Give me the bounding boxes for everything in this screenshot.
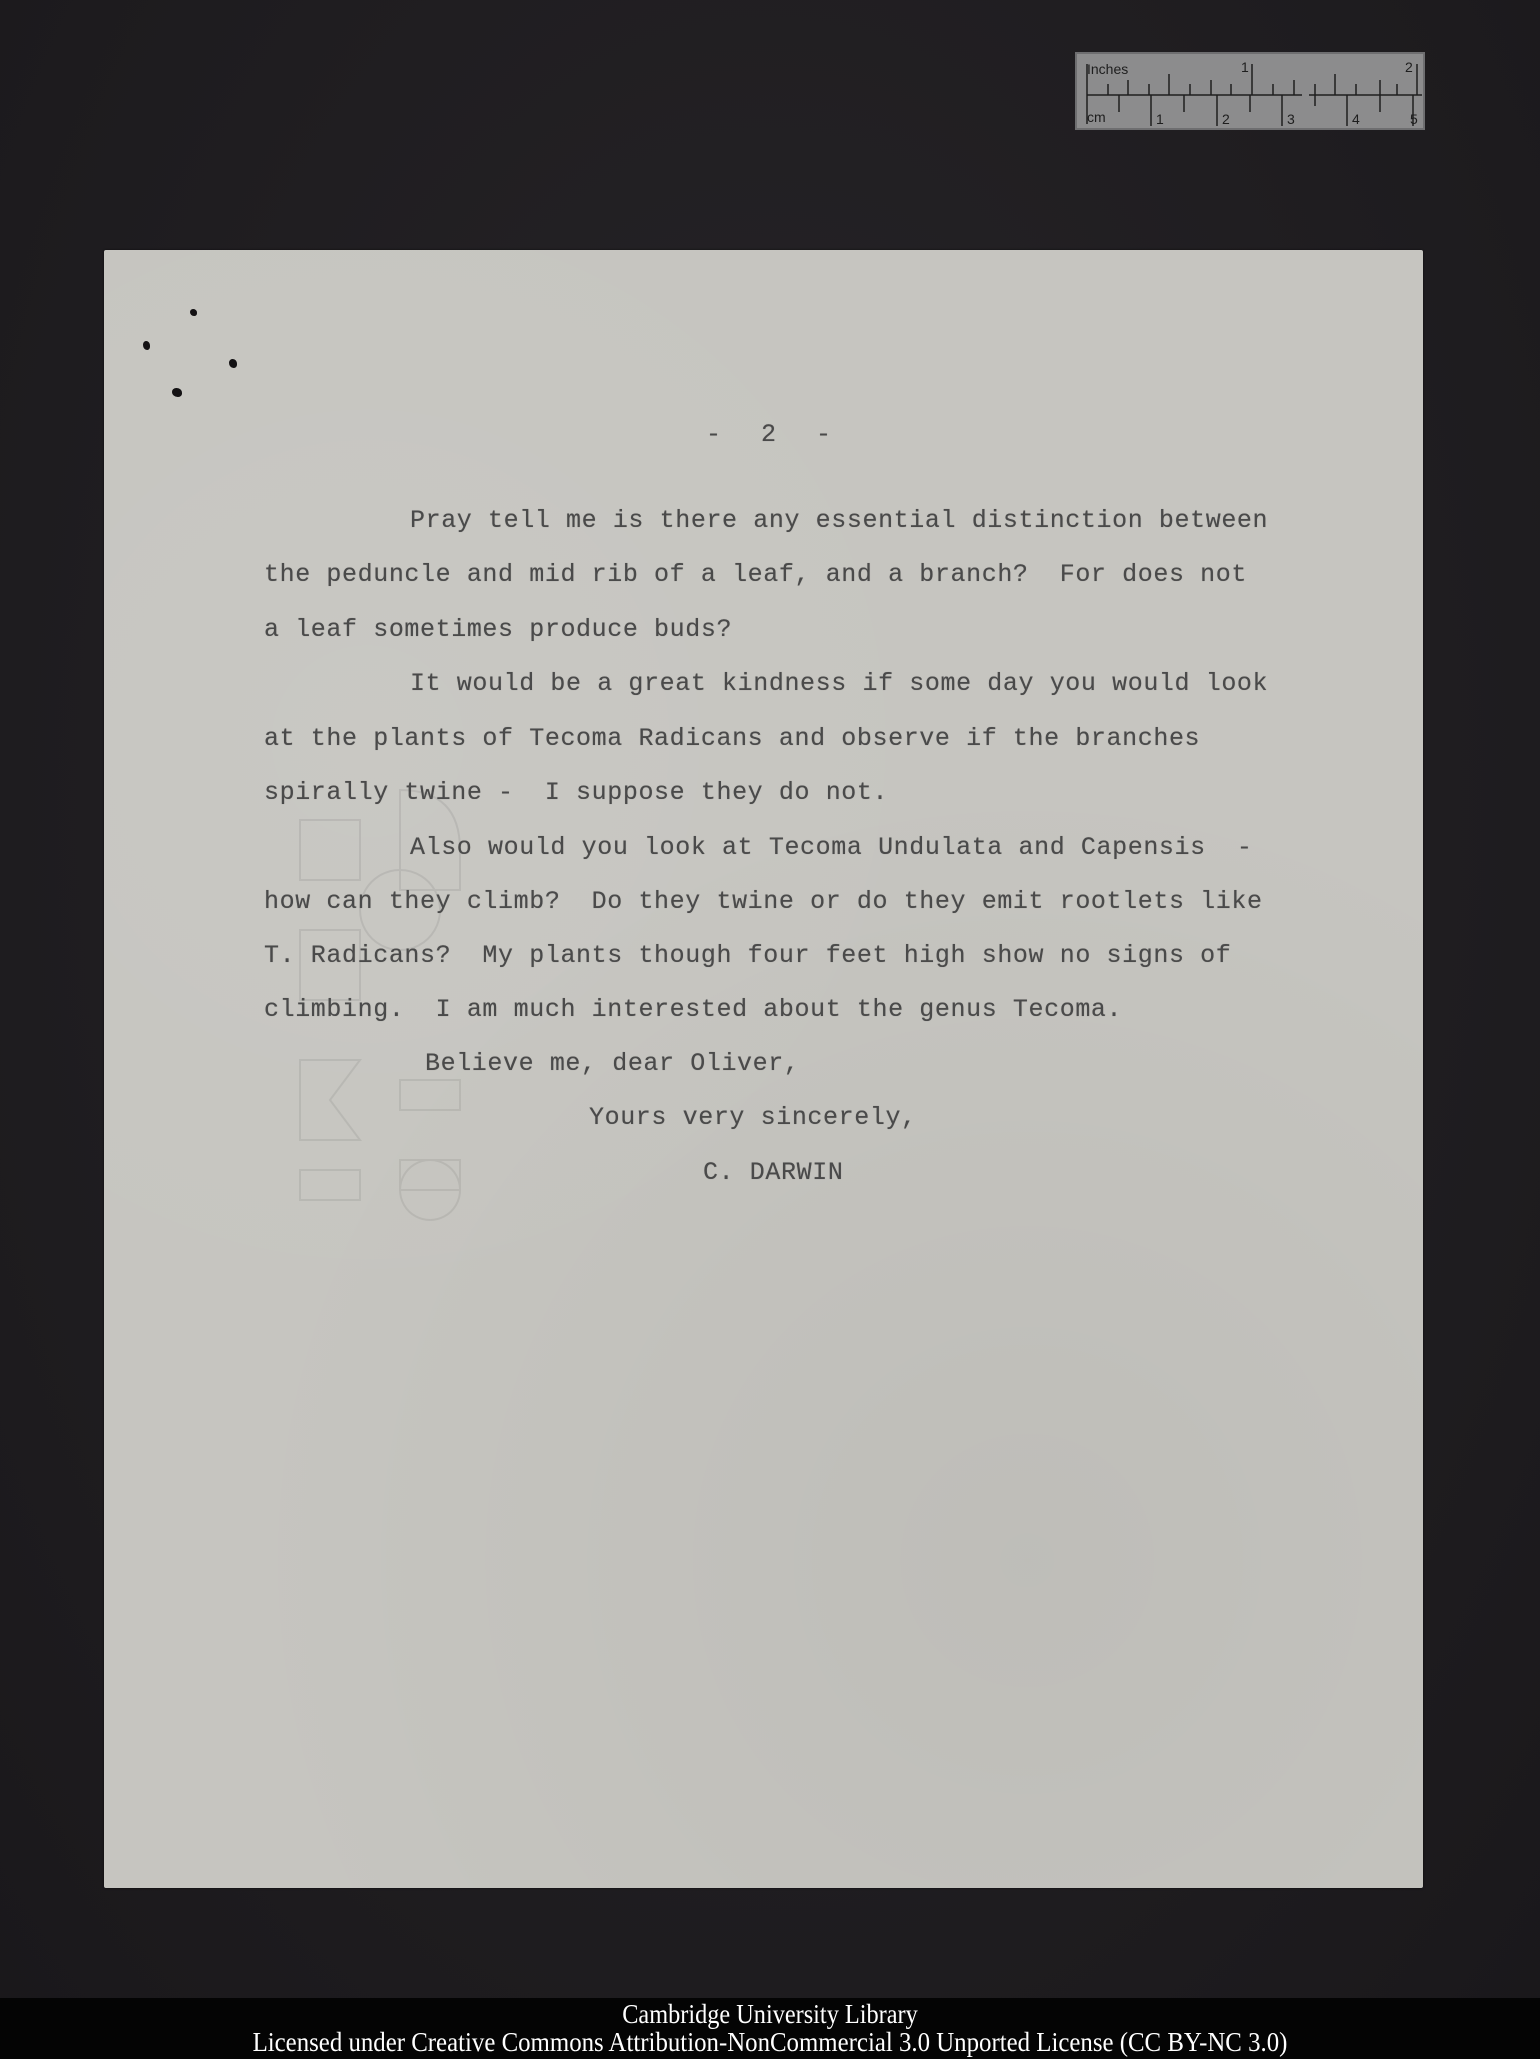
paper-hole bbox=[190, 309, 197, 316]
page-number-value: 2 bbox=[761, 422, 776, 447]
letter-line: the peduncle and mid rib of a leaf, and … bbox=[264, 562, 1247, 587]
paper-hole bbox=[143, 341, 150, 350]
letter-line: Pray tell me is there any essential dist… bbox=[410, 508, 1268, 533]
ruler-cm-1: 1 bbox=[1156, 112, 1164, 126]
letter-valediction: Yours very sincerely, bbox=[589, 1105, 917, 1130]
attribution-footer: Cambridge University Library Licensed un… bbox=[0, 1998, 1540, 2059]
ruler-cm-3: 3 bbox=[1287, 112, 1295, 126]
letter-line: Also would you look at Tecoma Undulata a… bbox=[410, 835, 1253, 860]
letter-line: how can they climb? Do they twine or do … bbox=[264, 889, 1263, 914]
ruler-inch-2: 2 bbox=[1405, 60, 1413, 74]
letter-line: It would be a great kindness if some day… bbox=[410, 671, 1268, 696]
ruler-inches-label: Inches bbox=[1087, 62, 1128, 76]
letter-line: climbing. I am much interested about the… bbox=[264, 997, 1122, 1022]
letter-line: spirally twine - I suppose they do not. bbox=[264, 780, 888, 805]
ruler-cm-2: 2 bbox=[1222, 112, 1230, 126]
ruler-inch-1: 1 bbox=[1241, 60, 1249, 74]
paper-hole bbox=[172, 388, 182, 397]
letter-line: T. Radicans? My plants though four feet … bbox=[264, 943, 1231, 968]
page-number-dash: - bbox=[706, 422, 721, 447]
footer-institution: Cambridge University Library bbox=[77, 1998, 1463, 2028]
page-number: -2- bbox=[676, 397, 831, 447]
scale-ruler: Inches 1 2 cm 1 2 3 4 5 bbox=[1075, 52, 1425, 130]
paper-hole bbox=[229, 359, 237, 368]
letter-closing: Believe me, dear Oliver, bbox=[425, 1051, 799, 1076]
ruler-cm-label: cm bbox=[1087, 110, 1106, 124]
ruler-cm-5: 5 bbox=[1410, 112, 1418, 126]
letter-signature: C. DARWIN bbox=[703, 1160, 843, 1185]
ruler-ticks bbox=[1077, 54, 1423, 128]
letter-line: a leaf sometimes produce buds? bbox=[264, 617, 732, 642]
footer-license: Licensed under Creative Commons Attribut… bbox=[62, 2028, 1479, 2057]
page-number-dash: - bbox=[816, 422, 831, 447]
letter-line: at the plants of Tecoma Radicans and obs… bbox=[264, 726, 1200, 751]
ruler-cm-4: 4 bbox=[1352, 112, 1360, 126]
